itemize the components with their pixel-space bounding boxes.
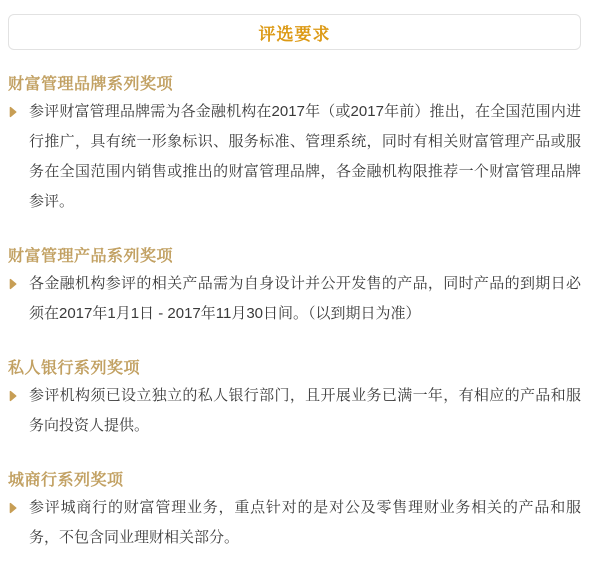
section-items: 参评财富管理品牌需为各金融机构在2017年（或2017年前）推出，在全国范围内进… <box>8 97 581 217</box>
page: 评选要求 财富管理品牌系列奖项 参评财富管理品牌需为各金融机构在2017年（或2… <box>0 0 589 581</box>
award-section: 财富管理产品系列奖项 各金融机构参评的相关产品需为自身设计并公开发售的产品，同时… <box>8 247 581 329</box>
section-heading: 私人银行系列奖项 <box>8 359 581 379</box>
arrow-bullet-icon <box>9 278 17 290</box>
section-title-box: 评选要求 <box>8 14 581 50</box>
sections-list: 财富管理品牌系列奖项 参评财富管理品牌需为各金融机构在2017年（或2017年前… <box>8 75 581 553</box>
section-items: 参评城商行的财富管理业务，重点针对的是对公及零售理财业务相关的产品和服务，不包含… <box>8 493 581 553</box>
list-item-text: 参评财富管理品牌需为各金融机构在2017年（或2017年前）推出，在全国范围内进… <box>29 97 581 217</box>
list-item: 各金融机构参评的相关产品需为自身设计并公开发售的产品，同时产品的到期日必须在20… <box>8 269 581 329</box>
list-item: 参评财富管理品牌需为各金融机构在2017年（或2017年前）推出，在全国范围内进… <box>8 97 581 217</box>
section-heading: 城商行系列奖项 <box>8 471 581 491</box>
page-title: 评选要求 <box>259 20 331 45</box>
section-items: 各金融机构参评的相关产品需为自身设计并公开发售的产品，同时产品的到期日必须在20… <box>8 269 581 329</box>
arrow-bullet-icon <box>9 390 17 402</box>
award-section: 城商行系列奖项 参评城商行的财富管理业务，重点针对的是对公及零售理财业务相关的产… <box>8 471 581 553</box>
list-item: 参评城商行的财富管理业务，重点针对的是对公及零售理财业务相关的产品和服务，不包含… <box>8 493 581 553</box>
list-item-text: 参评城商行的财富管理业务，重点针对的是对公及零售理财业务相关的产品和服务，不包含… <box>29 493 581 553</box>
section-heading: 财富管理产品系列奖项 <box>8 247 581 267</box>
award-section: 私人银行系列奖项 参评机构须已设立独立的私人银行部门，且开展业务已满一年，有相应… <box>8 359 581 441</box>
arrow-bullet-icon <box>9 106 17 118</box>
section-items: 参评机构须已设立独立的私人银行部门，且开展业务已满一年，有相应的产品和服务向投资… <box>8 381 581 441</box>
section-heading: 财富管理品牌系列奖项 <box>8 75 581 95</box>
list-item: 参评机构须已设立独立的私人银行部门，且开展业务已满一年，有相应的产品和服务向投资… <box>8 381 581 441</box>
arrow-bullet-icon <box>9 502 17 514</box>
award-section: 财富管理品牌系列奖项 参评财富管理品牌需为各金融机构在2017年（或2017年前… <box>8 75 581 217</box>
list-item-text: 参评机构须已设立独立的私人银行部门，且开展业务已满一年，有相应的产品和服务向投资… <box>29 381 581 441</box>
list-item-text: 各金融机构参评的相关产品需为自身设计并公开发售的产品，同时产品的到期日必须在20… <box>29 269 581 329</box>
